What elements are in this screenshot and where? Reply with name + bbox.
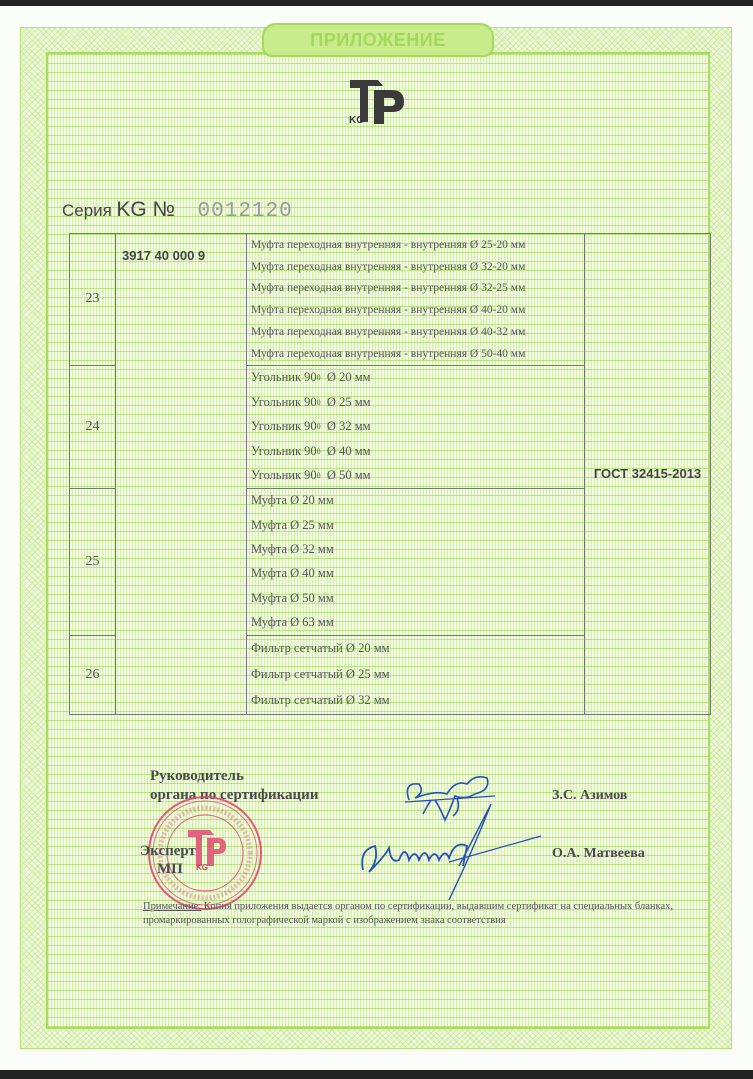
product-name: Угольник 90 <box>251 468 317 483</box>
footnote-text: Копия приложения выдается органом по сер… <box>143 901 673 926</box>
product-item: Муфта переходная внутренняя - внутренняя… <box>247 256 584 278</box>
svg-text:KG: KG <box>349 115 364 126</box>
head-title-line1: Руководитель <box>150 767 318 786</box>
product-item: Муфта Ø 40 мм <box>247 562 584 586</box>
banner-title: ПРИЛОЖЕНИЕ <box>310 30 446 51</box>
footnote-label: Примечание: <box>143 901 201 912</box>
footnote: Примечание: Копия приложения выдается ор… <box>143 900 683 928</box>
row-number: 24 <box>70 365 116 488</box>
product-item: Фильтр сетчатый Ø 25 мм <box>247 662 584 688</box>
product-item: Муфта Ø 32 мм <box>247 537 584 561</box>
row-number: 26 <box>70 635 116 714</box>
row-number: 25 <box>70 488 116 635</box>
product-item: Угольник 900 Ø 40 мм <box>247 439 584 463</box>
product-item: Угольник 900 Ø 20 мм <box>247 366 584 390</box>
tr-kg-logo-icon: KG <box>348 78 406 126</box>
product-name: Угольник 90 <box>251 444 317 459</box>
hs-code: 3917 40 000 9 <box>116 234 247 715</box>
stamp-place-label: МП <box>157 861 183 878</box>
top-bar <box>0 0 753 6</box>
product-item: Муфта Ø 20 мм <box>247 489 584 513</box>
series-number: Серия KG № 0012120 <box>62 198 293 223</box>
product-list: Фильтр сетчатый Ø 20 ммФильтр сетчатый Ø… <box>247 635 585 714</box>
product-size: Ø 25 мм <box>321 395 371 410</box>
product-size: Ø 50 мм <box>321 468 371 483</box>
product-item: Муфта Ø 63 мм <box>247 610 584 634</box>
product-list: Муфта Ø 20 ммМуфта Ø 25 ммМуфта Ø 32 ммМ… <box>247 488 585 635</box>
product-size: Ø 32 мм <box>321 419 371 434</box>
series-prefix: KG № <box>116 198 175 221</box>
product-list: Угольник 900 Ø 20 ммУгольник 900 Ø 25 мм… <box>247 365 585 488</box>
row-number: 23 <box>70 234 116 366</box>
product-list: Муфта переходная внутренняя - внутренняя… <box>247 234 585 366</box>
product-item: Муфта переходная внутренняя - внутренняя… <box>247 299 584 321</box>
expert-title: Эксперт <box>140 842 196 861</box>
product-size: Ø 40 мм <box>321 444 371 459</box>
product-item: Муфта Ø 50 мм <box>247 586 584 610</box>
appendix-banner: ПРИЛОЖЕНИЕ <box>262 23 494 57</box>
product-item: Муфта переходная внутренняя - внутренняя… <box>247 278 584 300</box>
product-item: Угольник 900 Ø 50 мм <box>247 463 584 487</box>
product-item: Муфта переходная внутренняя - внутренняя… <box>247 343 584 365</box>
product-item: Фильтр сетчатый Ø 32 мм <box>247 688 584 714</box>
table-row: 233917 40 000 9Муфта переходная внутренн… <box>70 234 711 366</box>
products-table: 233917 40 000 9Муфта переходная внутренн… <box>69 233 711 715</box>
product-item: Муфта переходная внутренняя - внутренняя… <box>247 321 584 343</box>
signature-expert-icon <box>355 800 545 900</box>
product-item: Муфта Ø 25 мм <box>247 513 584 537</box>
product-item: Угольник 900 Ø 32 мм <box>247 415 584 439</box>
product-item: Фильтр сетчатый Ø 20 мм <box>247 636 584 662</box>
blank-number: 0012120 <box>198 200 293 223</box>
bottom-bar <box>0 1070 753 1079</box>
head-name: З.С. Азимов <box>552 788 627 804</box>
product-name: Угольник 90 <box>251 419 317 434</box>
svg-text:KG: KG <box>196 863 208 872</box>
product-item: Угольник 900 Ø 25 мм <box>247 390 584 414</box>
expert-name: О.А. Матвеева <box>552 846 645 862</box>
product-size: Ø 20 мм <box>321 370 371 385</box>
product-item: Муфта переходная внутренняя - внутренняя… <box>247 234 584 256</box>
series-label: Серия <box>62 201 112 220</box>
standard-gost: ГОСТ 32415-2013 <box>585 234 711 715</box>
product-name: Угольник 90 <box>251 395 317 410</box>
product-name: Угольник 90 <box>251 370 317 385</box>
